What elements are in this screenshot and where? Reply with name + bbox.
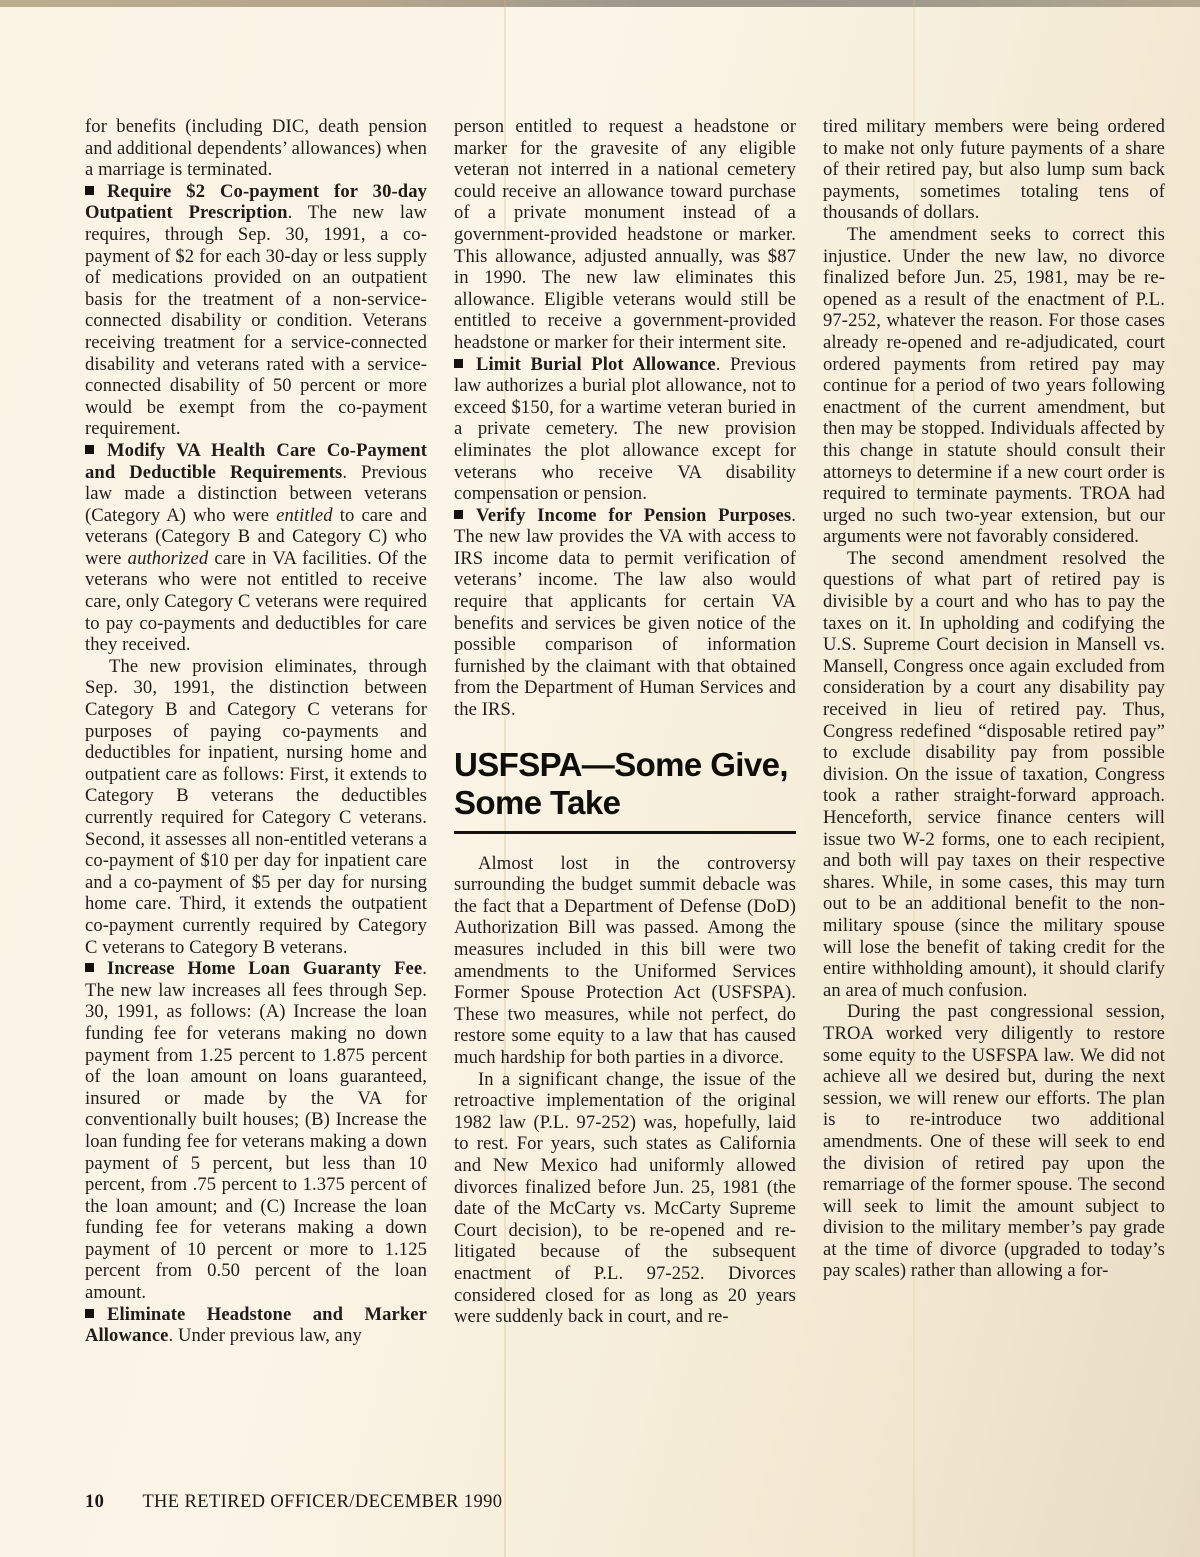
article-column-1: for benefits (including DIC, death pensi… <box>85 116 427 1347</box>
paragraph: The new provision eliminates, through Se… <box>85 656 427 958</box>
run-in-bold-heading: Increase Home Loan Guaranty Fee <box>107 958 422 979</box>
bullet-square-icon <box>85 445 94 454</box>
paragraph: for benefits (including DIC, death pensi… <box>85 116 427 181</box>
bulleted-paragraph: Verify Income for Pension Purposes. The … <box>454 505 796 721</box>
bullet-square-icon <box>85 186 94 195</box>
article-column-3: tired military members were being ordere… <box>823 116 1165 1347</box>
run-in-bold-heading: Limit Burial Plot Allowance <box>476 354 716 375</box>
text-run: . The new law requires, through Sep. 30,… <box>85 202 427 439</box>
paragraph: The amendment seeks to correct this inju… <box>823 224 1165 548</box>
bullet-square-icon <box>454 510 463 519</box>
bulleted-paragraph: Require $2 Co-payment for 30-day Outpati… <box>85 181 427 440</box>
bullet-square-icon <box>454 359 463 368</box>
text-run: During the past congressional session, T… <box>823 1001 1165 1281</box>
heading-rule <box>454 831 796 834</box>
paragraph: In a significant change, the issue of th… <box>454 1069 796 1328</box>
text-run: The new provision eliminates, through Se… <box>85 656 427 958</box>
paragraph: person entitled to request a headstone o… <box>454 116 796 354</box>
bullet-square-icon <box>85 963 94 972</box>
magazine-title-footer: THE RETIRED OFFICER/DECEMBER 1990 <box>142 1492 502 1512</box>
text-run: The second amendment resolved the questi… <box>823 548 1165 1001</box>
run-in-bold-heading: Verify Income for Pension Purposes <box>476 505 791 526</box>
text-run: . The new law increases all fees through… <box>85 958 427 1303</box>
paragraph: Almost lost in the controversy surroundi… <box>454 853 796 1069</box>
page-number: 10 <box>85 1492 104 1512</box>
text-run: authorized <box>128 548 209 569</box>
text-run: tired military members were being ordere… <box>823 116 1165 223</box>
bullet-square-icon <box>85 1309 94 1318</box>
paragraph: During the past congressional session, T… <box>823 1001 1165 1282</box>
text-run: entitled <box>276 505 333 526</box>
section-heading: USFSPA—Some Give, Some Take <box>454 746 796 822</box>
bulleted-paragraph: Eliminate Headstone and Marker Allowance… <box>85 1304 427 1347</box>
text-run: . The new law provides the VA with acces… <box>454 505 796 720</box>
article-column-2: person entitled to request a headstone o… <box>454 116 796 1347</box>
page-footer: 10THE RETIRED OFFICER/DECEMBER 1990 <box>85 1492 1165 1513</box>
bulleted-paragraph: Increase Home Loan Guaranty Fee. The new… <box>85 958 427 1304</box>
article-body: for benefits (including DIC, death pensi… <box>85 116 1167 1347</box>
text-run: Almost lost in the controversy surroundi… <box>454 853 796 1068</box>
page-edge-strip <box>0 0 1200 7</box>
paragraph: The second amendment resolved the questi… <box>823 548 1165 1001</box>
paragraph: tired military members were being ordere… <box>823 116 1165 224</box>
text-run: for benefits (including DIC, death pensi… <box>85 116 427 180</box>
bulleted-paragraph: Modify VA Health Care Co-Payment and Ded… <box>85 440 427 656</box>
text-run: . Previous law authorizes a burial plot … <box>454 354 796 505</box>
text-run: In a significant change, the issue of th… <box>454 1069 796 1328</box>
bulleted-paragraph: Limit Burial Plot Allowance. Previous la… <box>454 354 796 505</box>
text-run: . Under previous law, any <box>169 1325 362 1346</box>
text-run: The amendment seeks to correct this inju… <box>823 224 1165 547</box>
text-run: person entitled to request a headstone o… <box>454 116 796 353</box>
